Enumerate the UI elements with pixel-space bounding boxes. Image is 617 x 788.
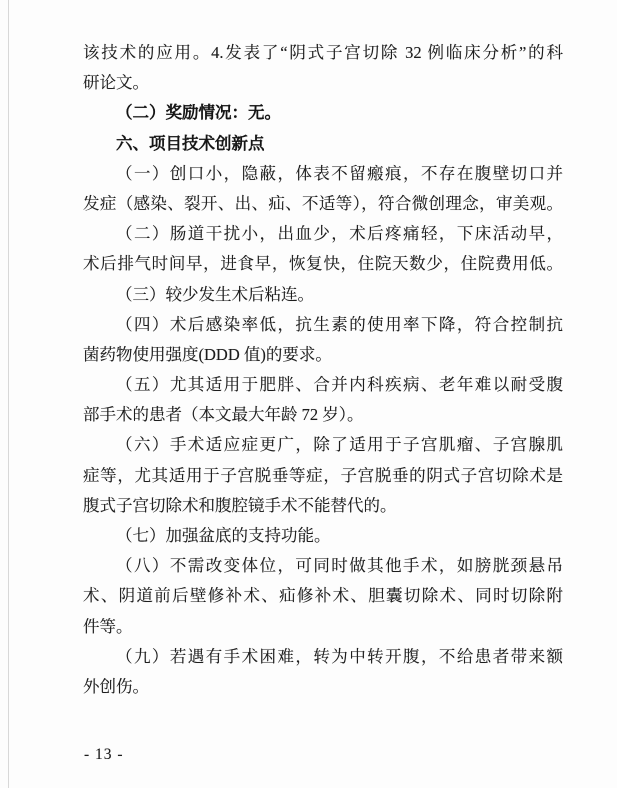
text-line: （九）若遇有手术困难，转为中转开腹，不给患者带来额: [83, 642, 563, 672]
text-line: 件等。: [83, 612, 563, 642]
document-body: 该技术的应用。4.发表了“阴式子宫切除 32 例临床分析”的科研论文。（二）奖励…: [83, 38, 563, 702]
text-line: （六）手术适应症更广，除了适用于子宫肌瘤、子宫腺肌: [83, 430, 563, 460]
text-line: （三）较少发生术后粘连。: [83, 280, 563, 310]
page-number: - 13 -: [84, 745, 124, 765]
text-line: （一）创口小，隐蔽，体表不留瘢痕，不存在腹壁切口并: [83, 159, 563, 189]
text-line: 部手术的患者（本文最大年龄 72 岁）。: [83, 400, 563, 430]
text-line: 菌药物使用强度(DDD 值)的要求。: [83, 340, 563, 370]
text-line: （四）术后感染率低，抗生素的使用率下降，符合控制抗: [83, 310, 563, 340]
text-line: （七）加强盆底的支持功能。: [83, 521, 563, 551]
text-line: 六、项目技术创新点: [83, 129, 563, 159]
document-page: 该技术的应用。4.发表了“阴式子宫切除 32 例临床分析”的科研论文。（二）奖励…: [0, 0, 617, 788]
text-line: 研论文。: [83, 68, 563, 98]
text-line: （二）肠道干扰小，出血少，术后疼痛轻，下床活动早，: [83, 219, 563, 249]
scan-edge-line: [8, 0, 9, 788]
text-line: （五）尤其适用于肥胖、合并内科疾病、老年难以耐受腹: [83, 370, 563, 400]
text-line: 术、阴道前后壁修补术、疝修补术、胆囊切除术、同时切除附: [83, 581, 563, 611]
text-line: 症等，尤其适用于子宫脱垂等症，子宫脱垂的阴式子宫切除术是: [83, 461, 563, 491]
text-line: （八）不需改变体位，可同时做其他手术，如膀胱颈悬吊: [83, 551, 563, 581]
text-line: 该技术的应用。4.发表了“阴式子宫切除 32 例临床分析”的科: [83, 38, 563, 68]
text-line: 术后排气时间早，进食早，恢复快，住院天数少，住院费用低。: [83, 249, 563, 279]
text-line: （二）奖励情况：无。: [83, 98, 563, 128]
text-line: 外创伤。: [83, 672, 563, 702]
text-line: 腹式子宫切除术和腹腔镜手术不能替代的。: [83, 491, 563, 521]
text-line: 发症（感染、裂开、出、疝、不适等），符合微创理念，审美观。: [83, 189, 563, 219]
